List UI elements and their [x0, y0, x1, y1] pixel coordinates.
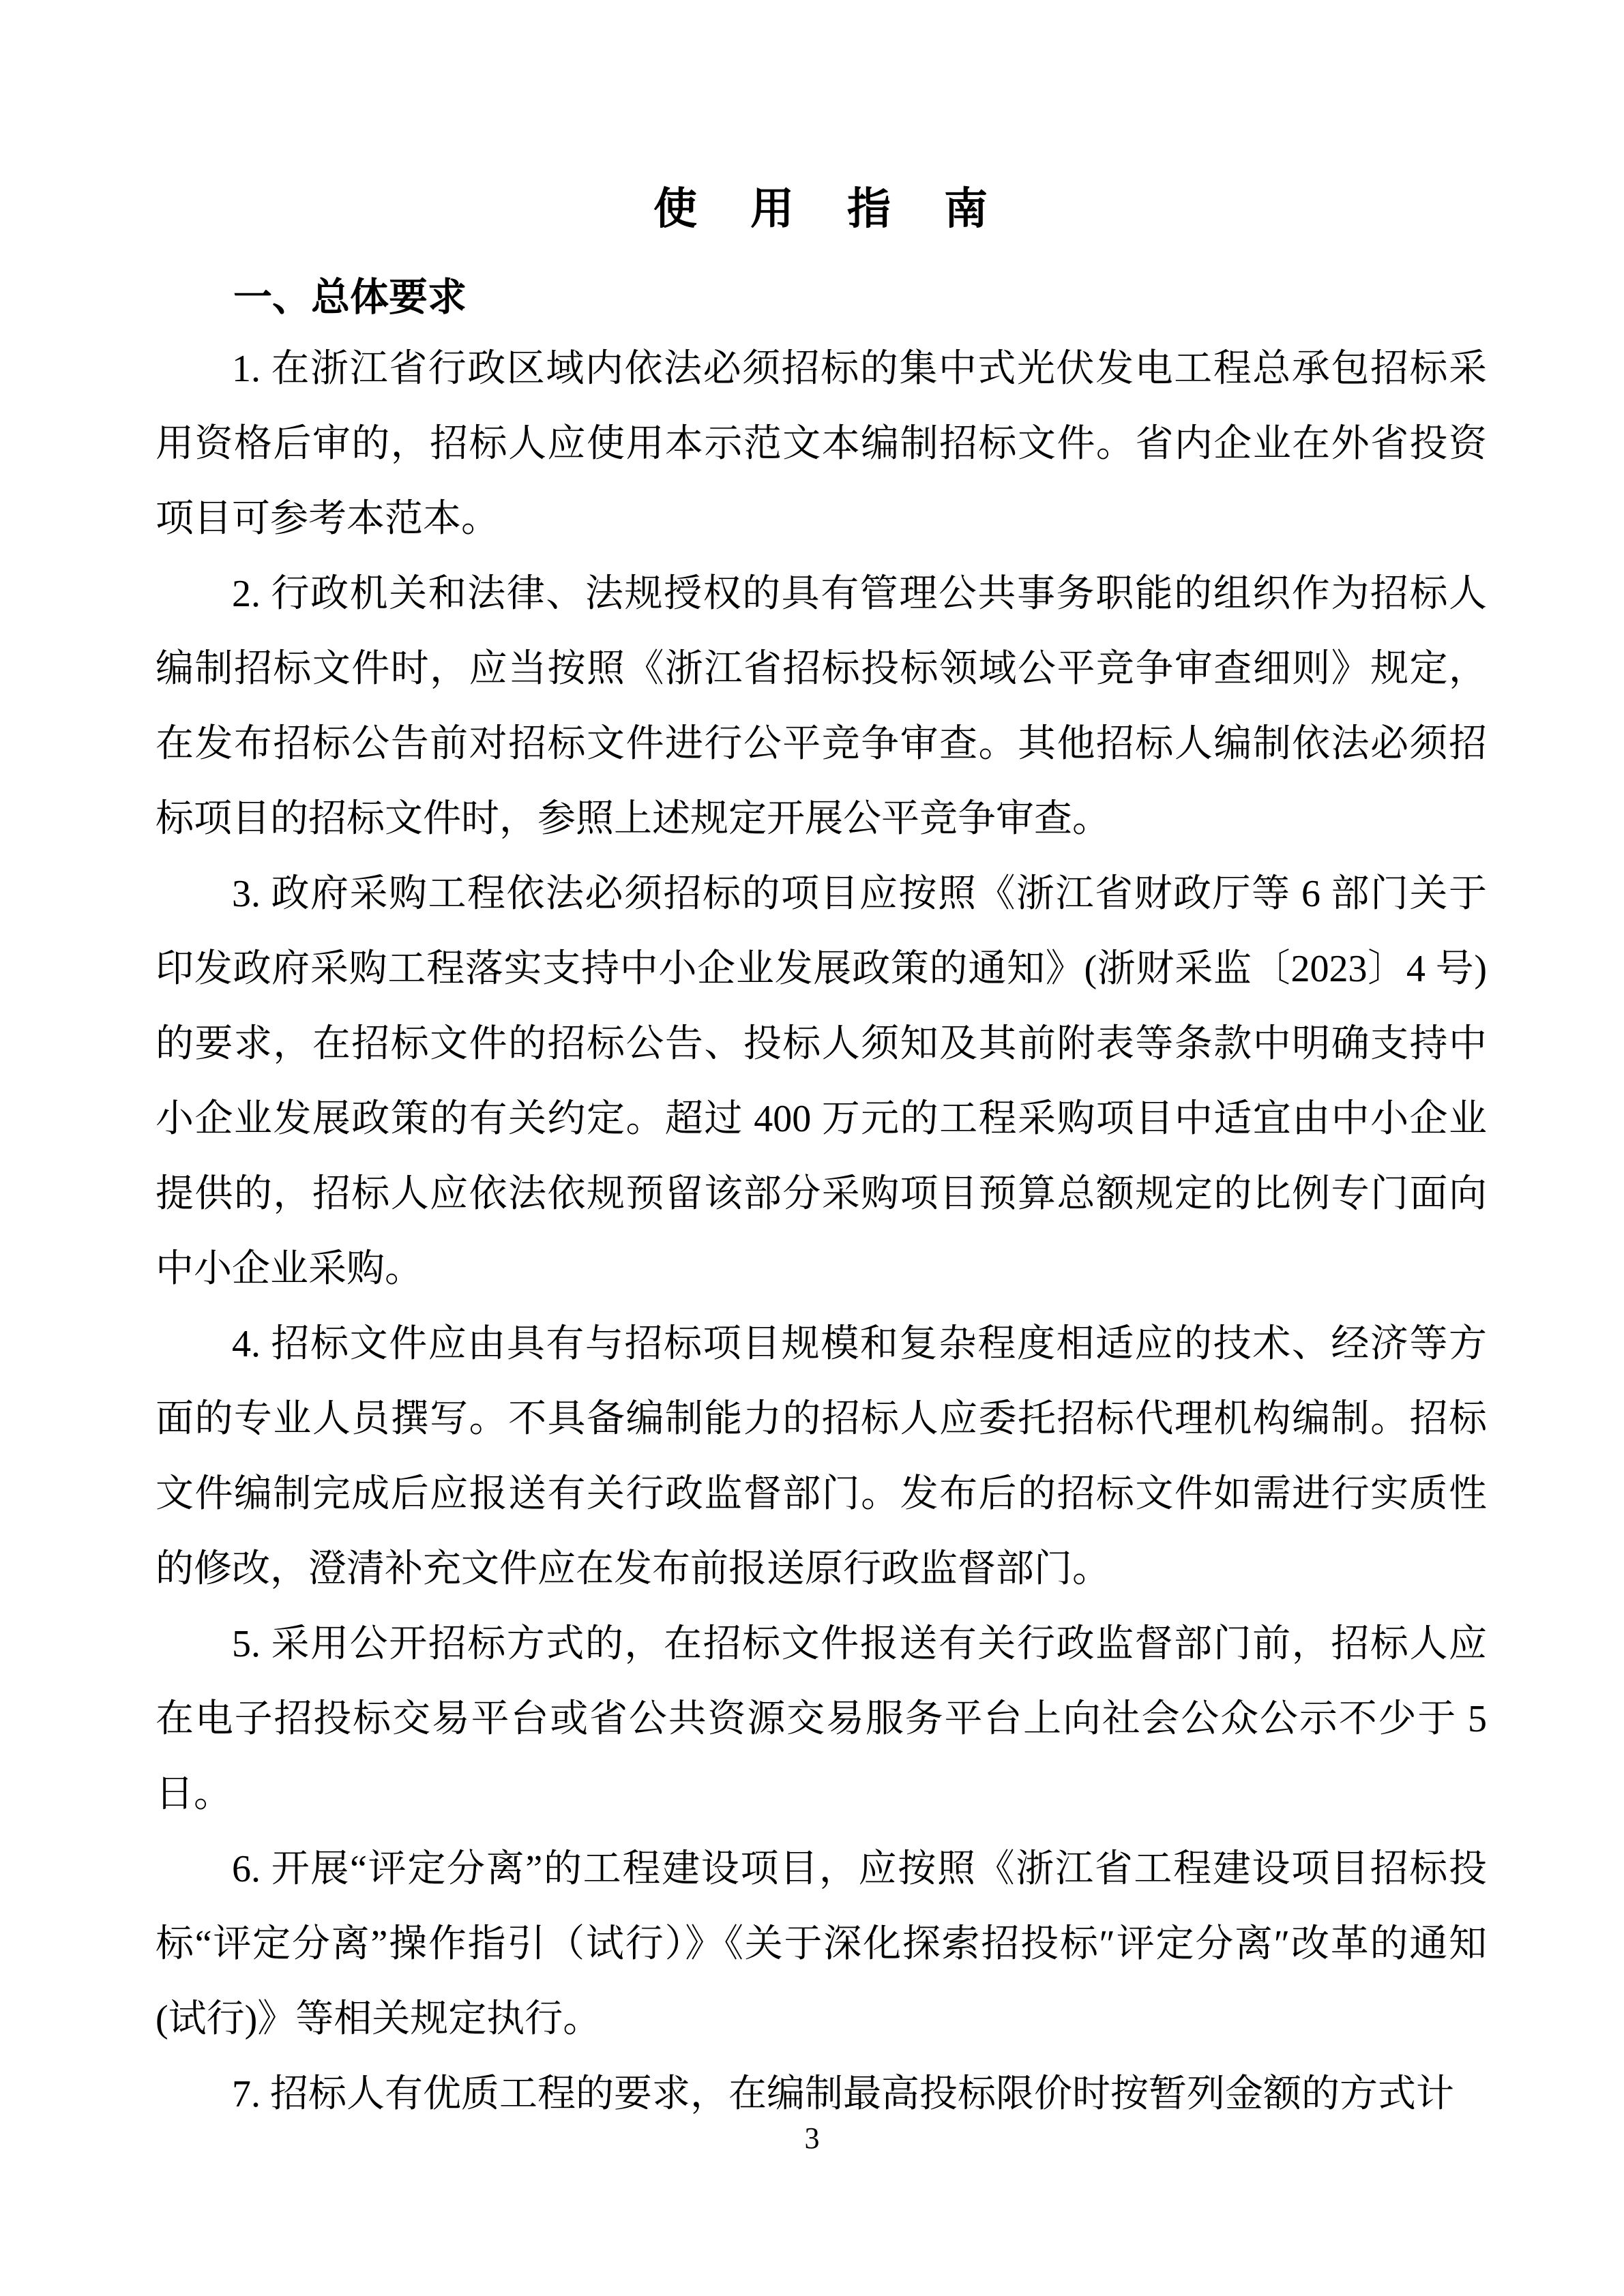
body-paragraphs: 1. 在浙江省行政区域内依法必须招标的集中式光伏发电工程总承包招标采用资格后审的…	[156, 331, 1487, 2132]
paragraph: 5. 采用公开招标方式的，在招标文件报送有关行政监督部门前，招标人应在电子招投标…	[156, 1607, 1487, 1832]
section-heading: 一、总体要求	[156, 265, 1487, 331]
paragraph: 3. 政府采购工程依法必须招标的项目应按照《浙江省财政厅等 6 部门关于印发政府…	[156, 856, 1487, 1307]
paragraph: 6. 开展“评定分离”的工程建设项目，应按照《浙江省工程建设项目招标投标“评定分…	[156, 1832, 1487, 2057]
document-page: 使 用 指 南 一、总体要求 1. 在浙江省行政区域内依法必须招标的集中式光伏发…	[0, 0, 1624, 2296]
paragraph: 4. 招标文件应由具有与招标项目规模和复杂程度相适应的技术、经济等方面的专业人员…	[156, 1307, 1487, 1607]
page-number: 3	[0, 2118, 1624, 2159]
paragraph: 2. 行政机关和法律、法规授权的具有管理公共事务职能的组织作为招标人编制招标文件…	[156, 556, 1487, 856]
page-title: 使 用 指 南	[156, 172, 1487, 247]
paragraph: 1. 在浙江省行政区域内依法必须招标的集中式光伏发电工程总承包招标采用资格后审的…	[156, 331, 1487, 556]
